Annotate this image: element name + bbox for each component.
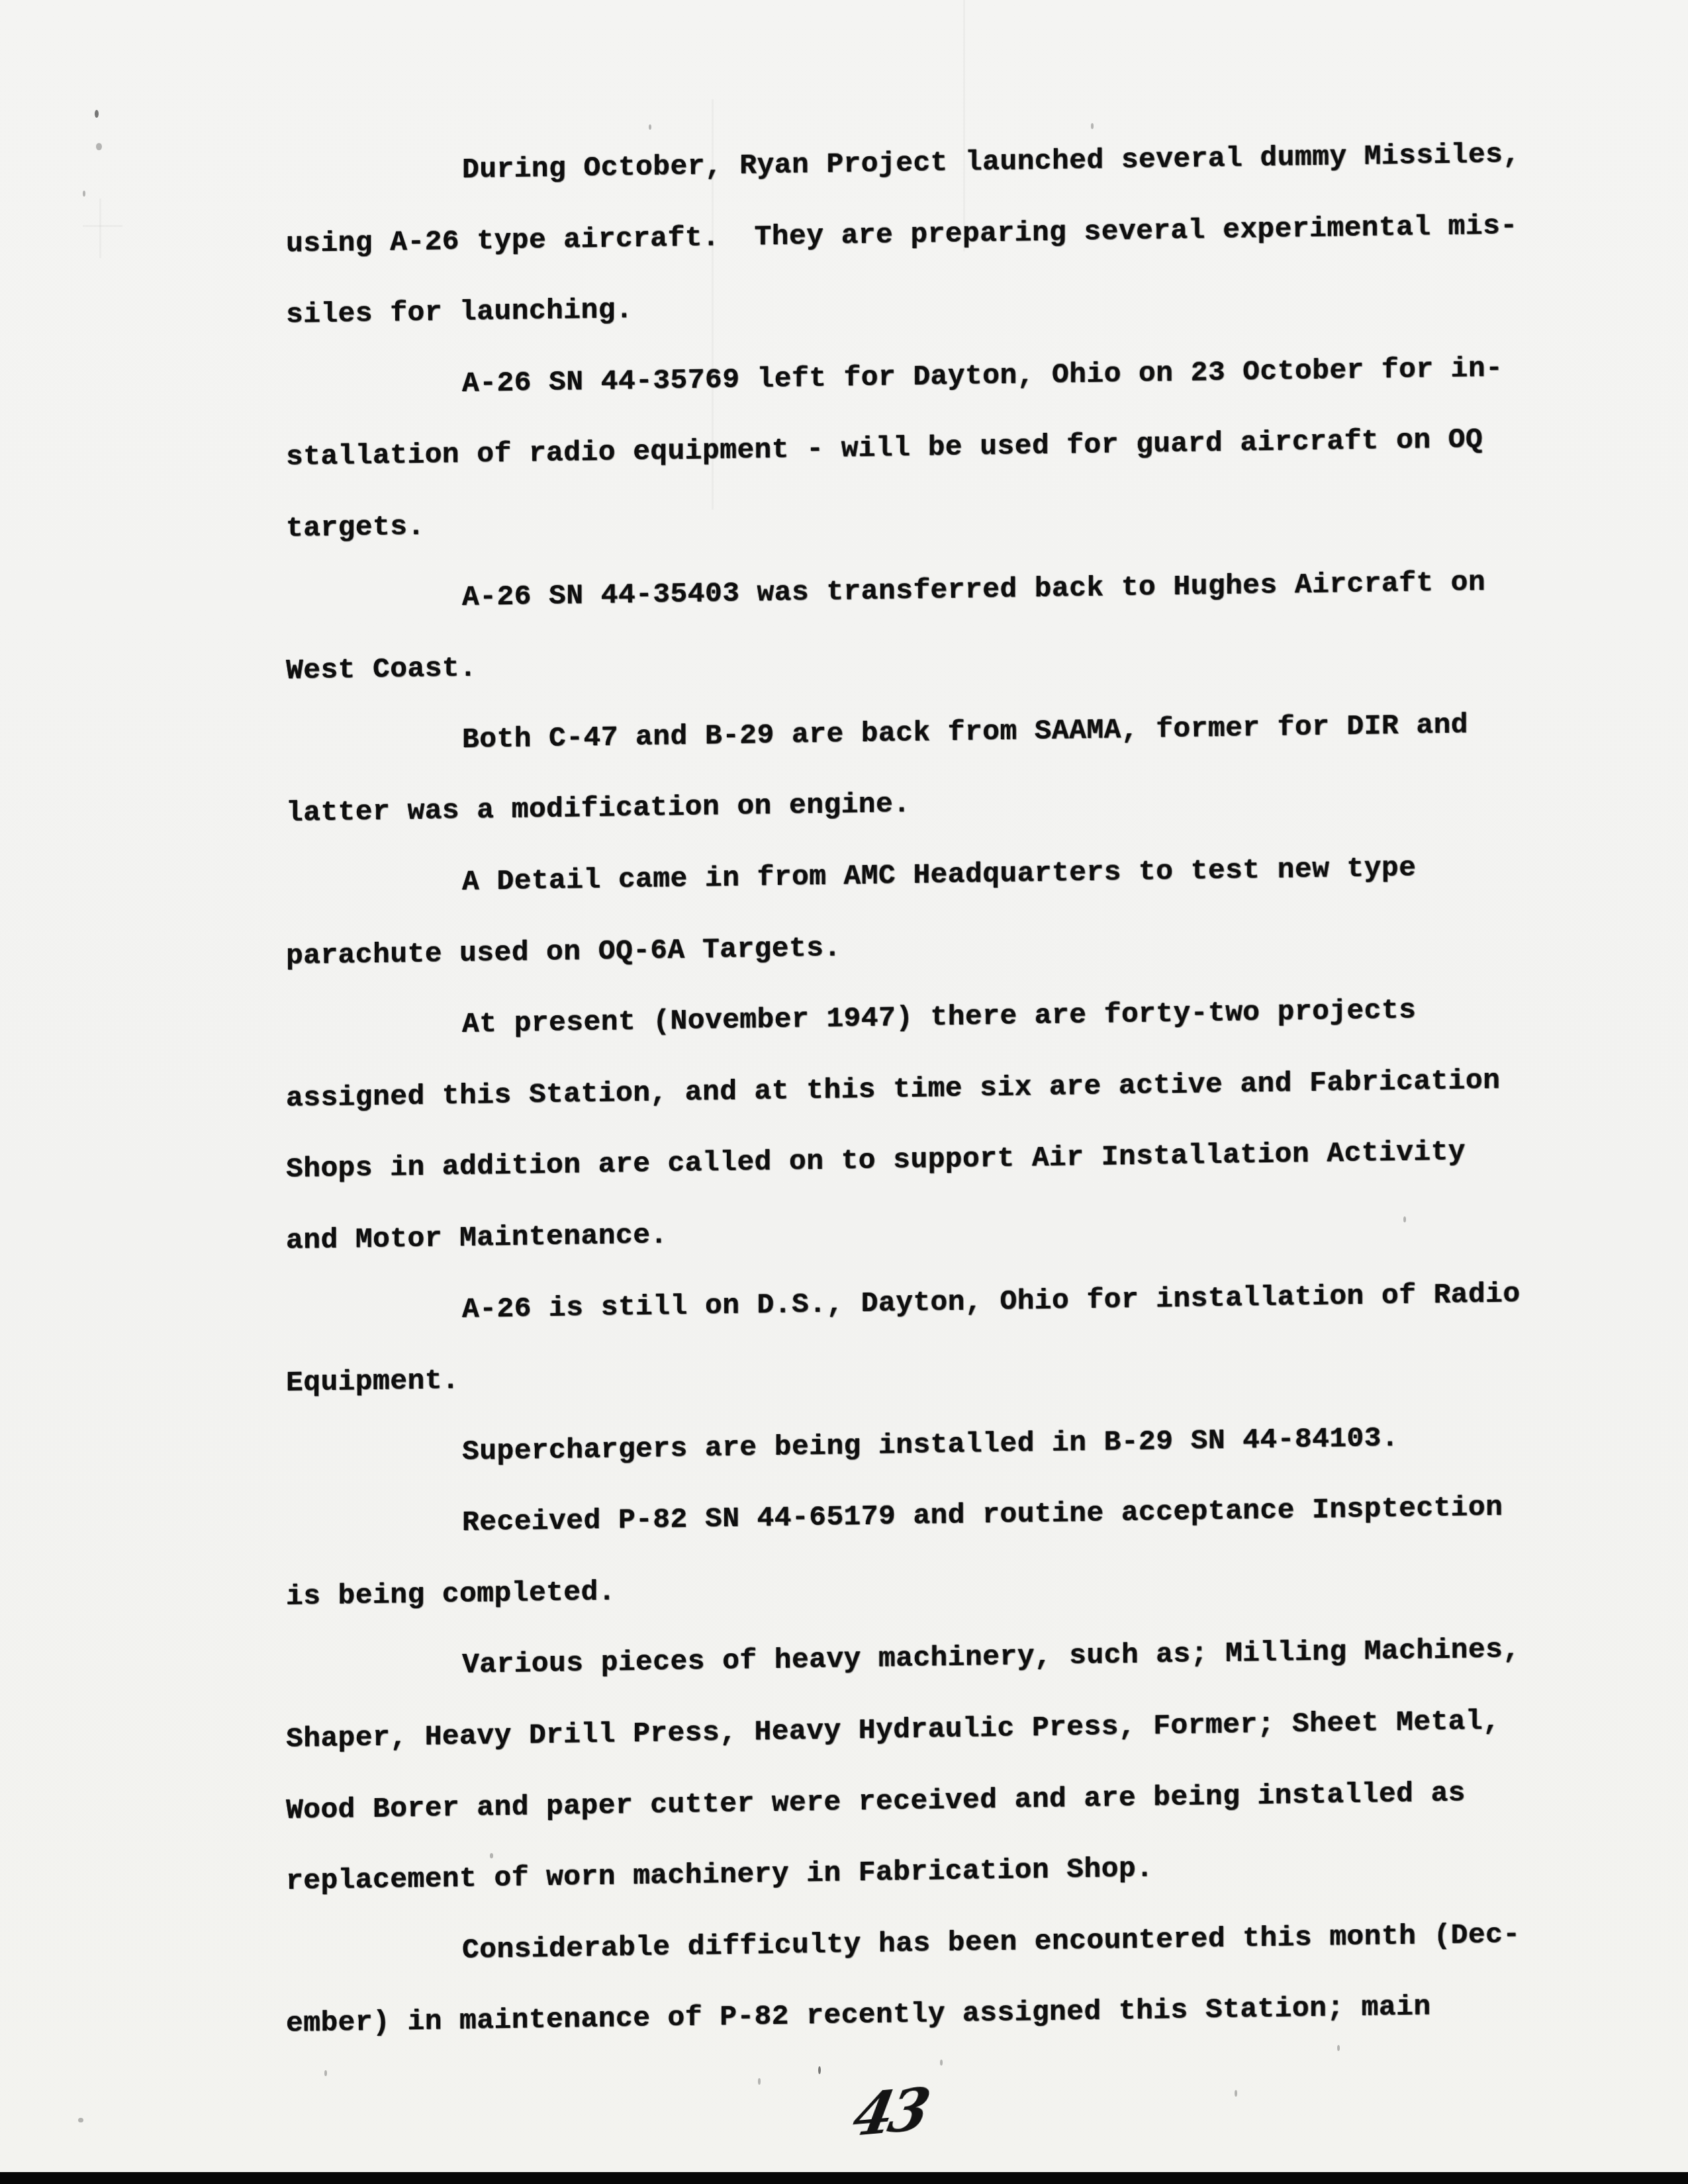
ink-speck bbox=[490, 1853, 493, 1858]
ink-speck bbox=[758, 2078, 761, 2085]
ink-speck bbox=[78, 2118, 83, 2122]
ink-speck bbox=[1235, 2090, 1237, 2097]
ink-speck bbox=[1337, 2045, 1340, 2051]
typewritten-text-block: During October, Ryan Project launched se… bbox=[286, 137, 1597, 2079]
ink-speck bbox=[96, 143, 102, 150]
scan-streak bbox=[99, 199, 101, 258]
ink-speck bbox=[1403, 1216, 1406, 1222]
ink-speck bbox=[324, 2070, 327, 2076]
ink-speck bbox=[83, 191, 85, 197]
ink-speck bbox=[1091, 123, 1094, 129]
handwritten-page-number: 43 bbox=[847, 2075, 931, 2150]
ink-speck bbox=[95, 110, 99, 118]
ink-speck bbox=[818, 2066, 821, 2074]
scan-edge-bar bbox=[0, 2172, 1688, 2184]
ink-speck bbox=[649, 124, 651, 130]
scan-streak bbox=[83, 225, 122, 227]
ink-speck bbox=[940, 2060, 943, 2066]
scanned-document-page: During October, Ryan Project launched se… bbox=[0, 0, 1688, 2184]
